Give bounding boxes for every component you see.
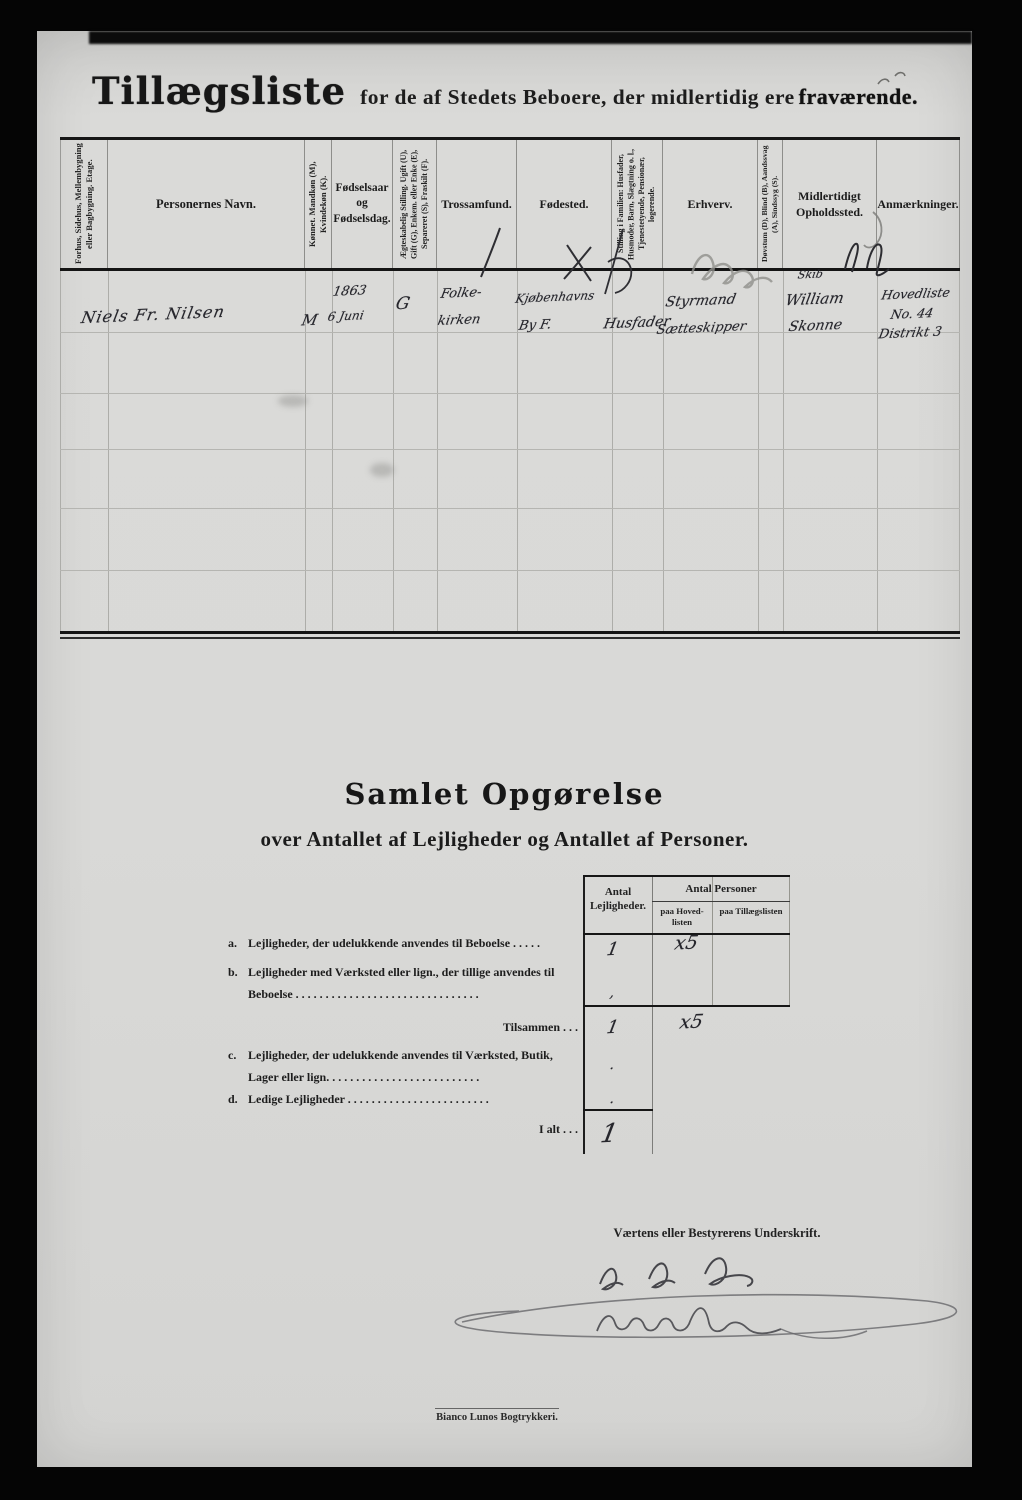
grid-line: [583, 1109, 653, 1111]
col-name: Personernes Navn.: [108, 140, 305, 268]
signature-flourish-loop: [455, 1295, 956, 1338]
col-birthplace: Fødested.: [517, 140, 612, 268]
col-birthplace-label: Fødested.: [538, 196, 591, 212]
signature-initial-1: [600, 1269, 623, 1290]
value-grand-total: 1: [598, 1119, 620, 1150]
signature-name-squiggle: [597, 1308, 781, 1333]
value-b-flats: ,: [608, 985, 615, 1001]
imprint-divider: [435, 1408, 559, 1409]
value-a-flats: 1: [605, 939, 620, 960]
signature-label: Værtens eller Bestyrerens Underskrift.: [577, 1226, 857, 1241]
summary-row-b-prefix: b.: [228, 965, 238, 980]
summary-col-mainlist: paa Hoved­listen: [653, 906, 711, 928]
col-sex-label: Kønnet. Mandkøn (M), Kvindekøn (K).: [307, 142, 329, 266]
entry-birthplace-2: By F.: [517, 317, 552, 333]
summary-table: Antal Lejligheder. Antal Personer paa Ho…: [583, 875, 790, 1154]
grid-line: [877, 271, 878, 631]
page-title: Tillægsliste for de af Stedets Beboere, …: [92, 69, 962, 113]
census-table-header: Forhus, Sidehus, Mellembygning eller Bag…: [60, 137, 960, 271]
entry-birth-year: 1863: [331, 283, 367, 299]
printer-imprint: Bianco Lunos Bogtrykkeri.: [377, 1412, 617, 1423]
summary-row-b-label-1: Lejligheder med Værksted eller lign., de…: [248, 965, 554, 980]
col-family-position-label: Stilling i Familien: Husfader, Husmoder,…: [616, 142, 658, 266]
signature-tail: [781, 1329, 867, 1338]
grid-line: [60, 271, 61, 631]
col-birth-label: Fødselsaar og Fødselsdag.: [331, 181, 392, 228]
summary-row-grand-label: I alt . . .: [337, 1122, 578, 1137]
scanned-census-page: { "page": { "title_main": "Tillægsliste"…: [0, 0, 1022, 1500]
grid-line: [60, 393, 960, 394]
col-marital: Ægteskabelig Stilling. Ugift (U), Gift (…: [393, 140, 437, 268]
value-d-flats: .: [608, 1091, 615, 1107]
signature-initial-2: [649, 1263, 675, 1287]
col-building: Forhus, Sidehus, Mellembygning eller Bag…: [60, 140, 108, 268]
entry-remarks-3: Distrikt 3: [877, 325, 943, 343]
entry-whereabouts-3: Skonne: [787, 317, 843, 335]
entry-religion-2: kirken: [436, 312, 481, 329]
col-occupation: Erhverv.: [663, 140, 758, 268]
col-whereabouts: Midlertidigt Opholdssted.: [783, 140, 877, 268]
summary-heading: Samlet Opgørelse: [37, 777, 972, 811]
grid-line: [959, 271, 960, 631]
grid-line: [652, 901, 790, 902]
col-remarks: Anmærkninger.: [877, 140, 960, 268]
summary-row-a-label: Lejligheder, der udelukkende anvendes ti…: [248, 936, 540, 951]
col-religion-label: Trossamfund.: [439, 196, 514, 212]
grid-line: [332, 271, 333, 631]
entry-remarks-1: Hovedliste: [880, 285, 951, 303]
entry-birth-day: 6 Juni: [327, 308, 366, 324]
scan-shadow-band: [89, 31, 972, 44]
page-title-emphasis: fraværende.: [799, 84, 918, 109]
page-title-main: Tillægsliste: [92, 69, 346, 113]
col-building-label: Forhus, Sidehus, Mellembygning eller Bag…: [73, 142, 95, 266]
page-title-rest: for de af Stedets Beboere, der midlertid…: [360, 85, 795, 109]
summary-row-total-label: Tilsammen . . .: [337, 1020, 578, 1035]
col-birth: Fødselsaar og Fødselsdag.: [332, 140, 393, 268]
paper-sheet: Tillægsliste for de af Stedets Beboere, …: [37, 31, 972, 1467]
summary-row-b-label-2: Beboelse . . . . . . . . . . . . . . . .…: [248, 987, 479, 1002]
grid-line: [783, 271, 784, 631]
pencil-smudge: [278, 395, 308, 407]
summary-row-d-label: Ledige Lejligheder . . . . . . . . . . .…: [248, 1092, 489, 1107]
entry-religion-1: Folke-: [439, 285, 482, 302]
grid-line: [60, 449, 960, 450]
grid-line: [583, 1005, 790, 1007]
grid-line: [60, 508, 960, 509]
col-religion: Trossamfund.: [437, 140, 517, 268]
value-a-mainlist: x5: [673, 932, 700, 955]
grid-line: [583, 877, 585, 1154]
summary-subheading: over Antallet af Lejligheder og Antallet…: [37, 827, 972, 852]
col-remarks-label: Anmærkninger.: [875, 196, 960, 212]
col-family-position: Stilling i Familien: Husfader, Husmoder,…: [612, 140, 663, 268]
col-sex: Kønnet. Mandkøn (M), Kvindekøn (K).: [305, 140, 332, 268]
summary-row-c-prefix: c.: [228, 1048, 236, 1063]
grid-line: [60, 570, 960, 571]
table-bottom-double-rule: [60, 637, 960, 639]
grid-line: [393, 271, 394, 631]
pencil-smudge: [370, 463, 394, 477]
census-table: Forhus, Sidehus, Mellembygning eller Bag…: [60, 137, 960, 647]
value-c-flats: .: [608, 1057, 615, 1073]
col-marital-label: Ægteskabelig Stilling. Ugift (U), Gift (…: [399, 142, 430, 266]
summary-row-c-label-1: Lejligheder, der udelukkende anvendes ti…: [248, 1048, 553, 1063]
signature-initial-3: [705, 1258, 752, 1286]
summary-row-a-prefix: a.: [228, 936, 237, 951]
col-disabilities: Døvstum (D), Blind (B), Aandssvag (A), S…: [758, 140, 783, 268]
summary-row-d-prefix: d.: [228, 1092, 238, 1107]
col-whereabouts-label: Midlertidigt Opholdssted.: [783, 188, 876, 220]
entry-whereabouts-2: William: [784, 289, 845, 309]
value-total-mainlist: x5: [678, 1011, 705, 1034]
summary-col-supplist: paa Tillægs­listen: [713, 906, 789, 917]
col-occupation-label: Erhverv.: [686, 196, 735, 212]
entry-remarks-2: No. 44: [889, 305, 934, 322]
grid-line: [758, 271, 759, 631]
grid-line: [517, 271, 518, 631]
entry-occupation-1: Styrmand: [664, 291, 737, 310]
summary-col-flats: Antal Lejligheder.: [585, 886, 651, 914]
summary-row-c-label-2: Lager eller lign. . . . . . . . . . . . …: [248, 1070, 479, 1085]
summary-col-persons: Antal Personer: [652, 883, 790, 897]
col-disabilities-label: Døvstum (D), Blind (B), Aandssvag (A), S…: [760, 142, 780, 266]
value-total-flats: 1: [605, 1017, 620, 1038]
col-name-label: Personernes Navn.: [154, 196, 258, 213]
entry-whereabouts-1: Skib: [797, 267, 824, 281]
